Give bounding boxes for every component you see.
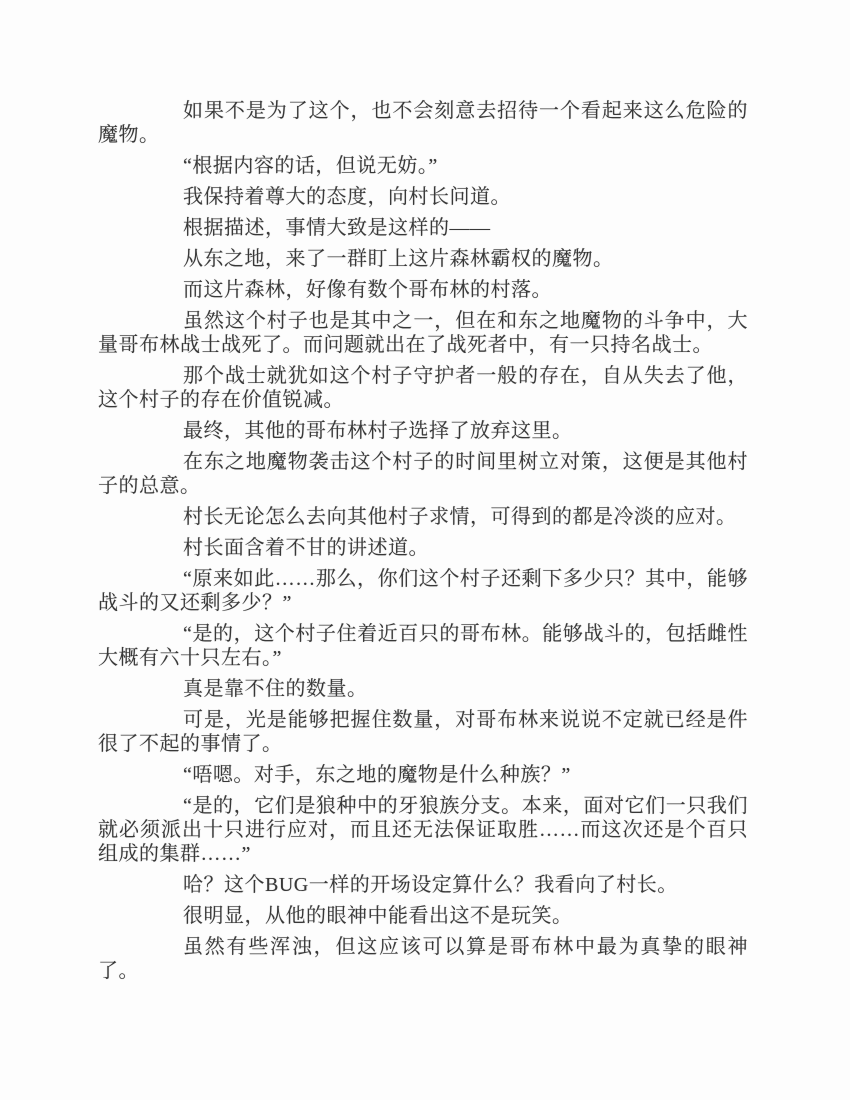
paragraph: 村长无论怎么去向其他村子求情，可得到的都是冷淡的应对。: [98, 505, 748, 529]
paragraph: 可是，光是能够把握住数量，对哥布林来说说不定就已经是件很了不起的事情了。: [98, 708, 748, 756]
paragraph: “是的，它们是狼种中的牙狼族分支。本来，面对它们一只我们就必须派出十只进行应对，…: [98, 794, 748, 866]
paragraph: “根据内容的话，但说无妨。”: [98, 154, 748, 178]
paragraph: 村长面含着不甘的讲述道。: [98, 536, 748, 560]
paragraph: “是的，这个村子住着近百只的哥布林。能够战斗的，包括雌性大概有六十只左右。”: [98, 622, 748, 670]
paragraph: 根据描述，事情大致是这样的——: [98, 216, 748, 240]
text-content: 如果不是为了这个，也不会刻意去招待一个看起来这么危险的魔物。“根据内容的话，但说…: [98, 99, 748, 983]
paragraph: 很明显，从他的眼神中能看出这不是玩笑。: [98, 904, 748, 928]
paragraph: 真是靠不住的数量。: [98, 677, 748, 701]
paragraph: 在东之地魔物袭击这个村子的时间里树立对策，这便是其他村子的总意。: [98, 450, 748, 498]
paragraph: 虽然这个村子也是其中之一，但在和东之地魔物的斗争中，大量哥布林战士战死了。而问题…: [98, 309, 748, 357]
paragraph: 那个战士就犹如这个村子守护者一般的存在，自从失去了他，这个村子的存在价值锐减。: [98, 364, 748, 412]
paragraph: 最终，其他的哥布林村子选择了放弃这里。: [98, 419, 748, 443]
paragraph: 哈？这个BUG一样的开场设定算什么？我看向了村长。: [98, 873, 748, 897]
paragraph: 虽然有些浑浊，但这应该可以算是哥布林中最为真挚的眼神了。: [98, 935, 748, 983]
paragraph: 从东之地，来了一群盯上这片森林霸权的魔物。: [98, 247, 748, 271]
paragraph: 我保持着尊大的态度，向村长问道。: [98, 185, 748, 209]
paragraph: “唔嗯。对手，东之地的魔物是什么种族？”: [98, 763, 748, 787]
paragraph: “原来如此……那么，你们这个村子还剩下多少只？其中，能够战斗的又还剩多少？”: [98, 567, 748, 615]
paragraph: 而这片森林，好像有数个哥布林的村落。: [98, 278, 748, 302]
paragraph: 如果不是为了这个，也不会刻意去招待一个看起来这么危险的魔物。: [98, 99, 748, 147]
page: 如果不是为了这个，也不会刻意去招待一个看起来这么危险的魔物。“根据内容的话，但说…: [0, 0, 850, 1100]
